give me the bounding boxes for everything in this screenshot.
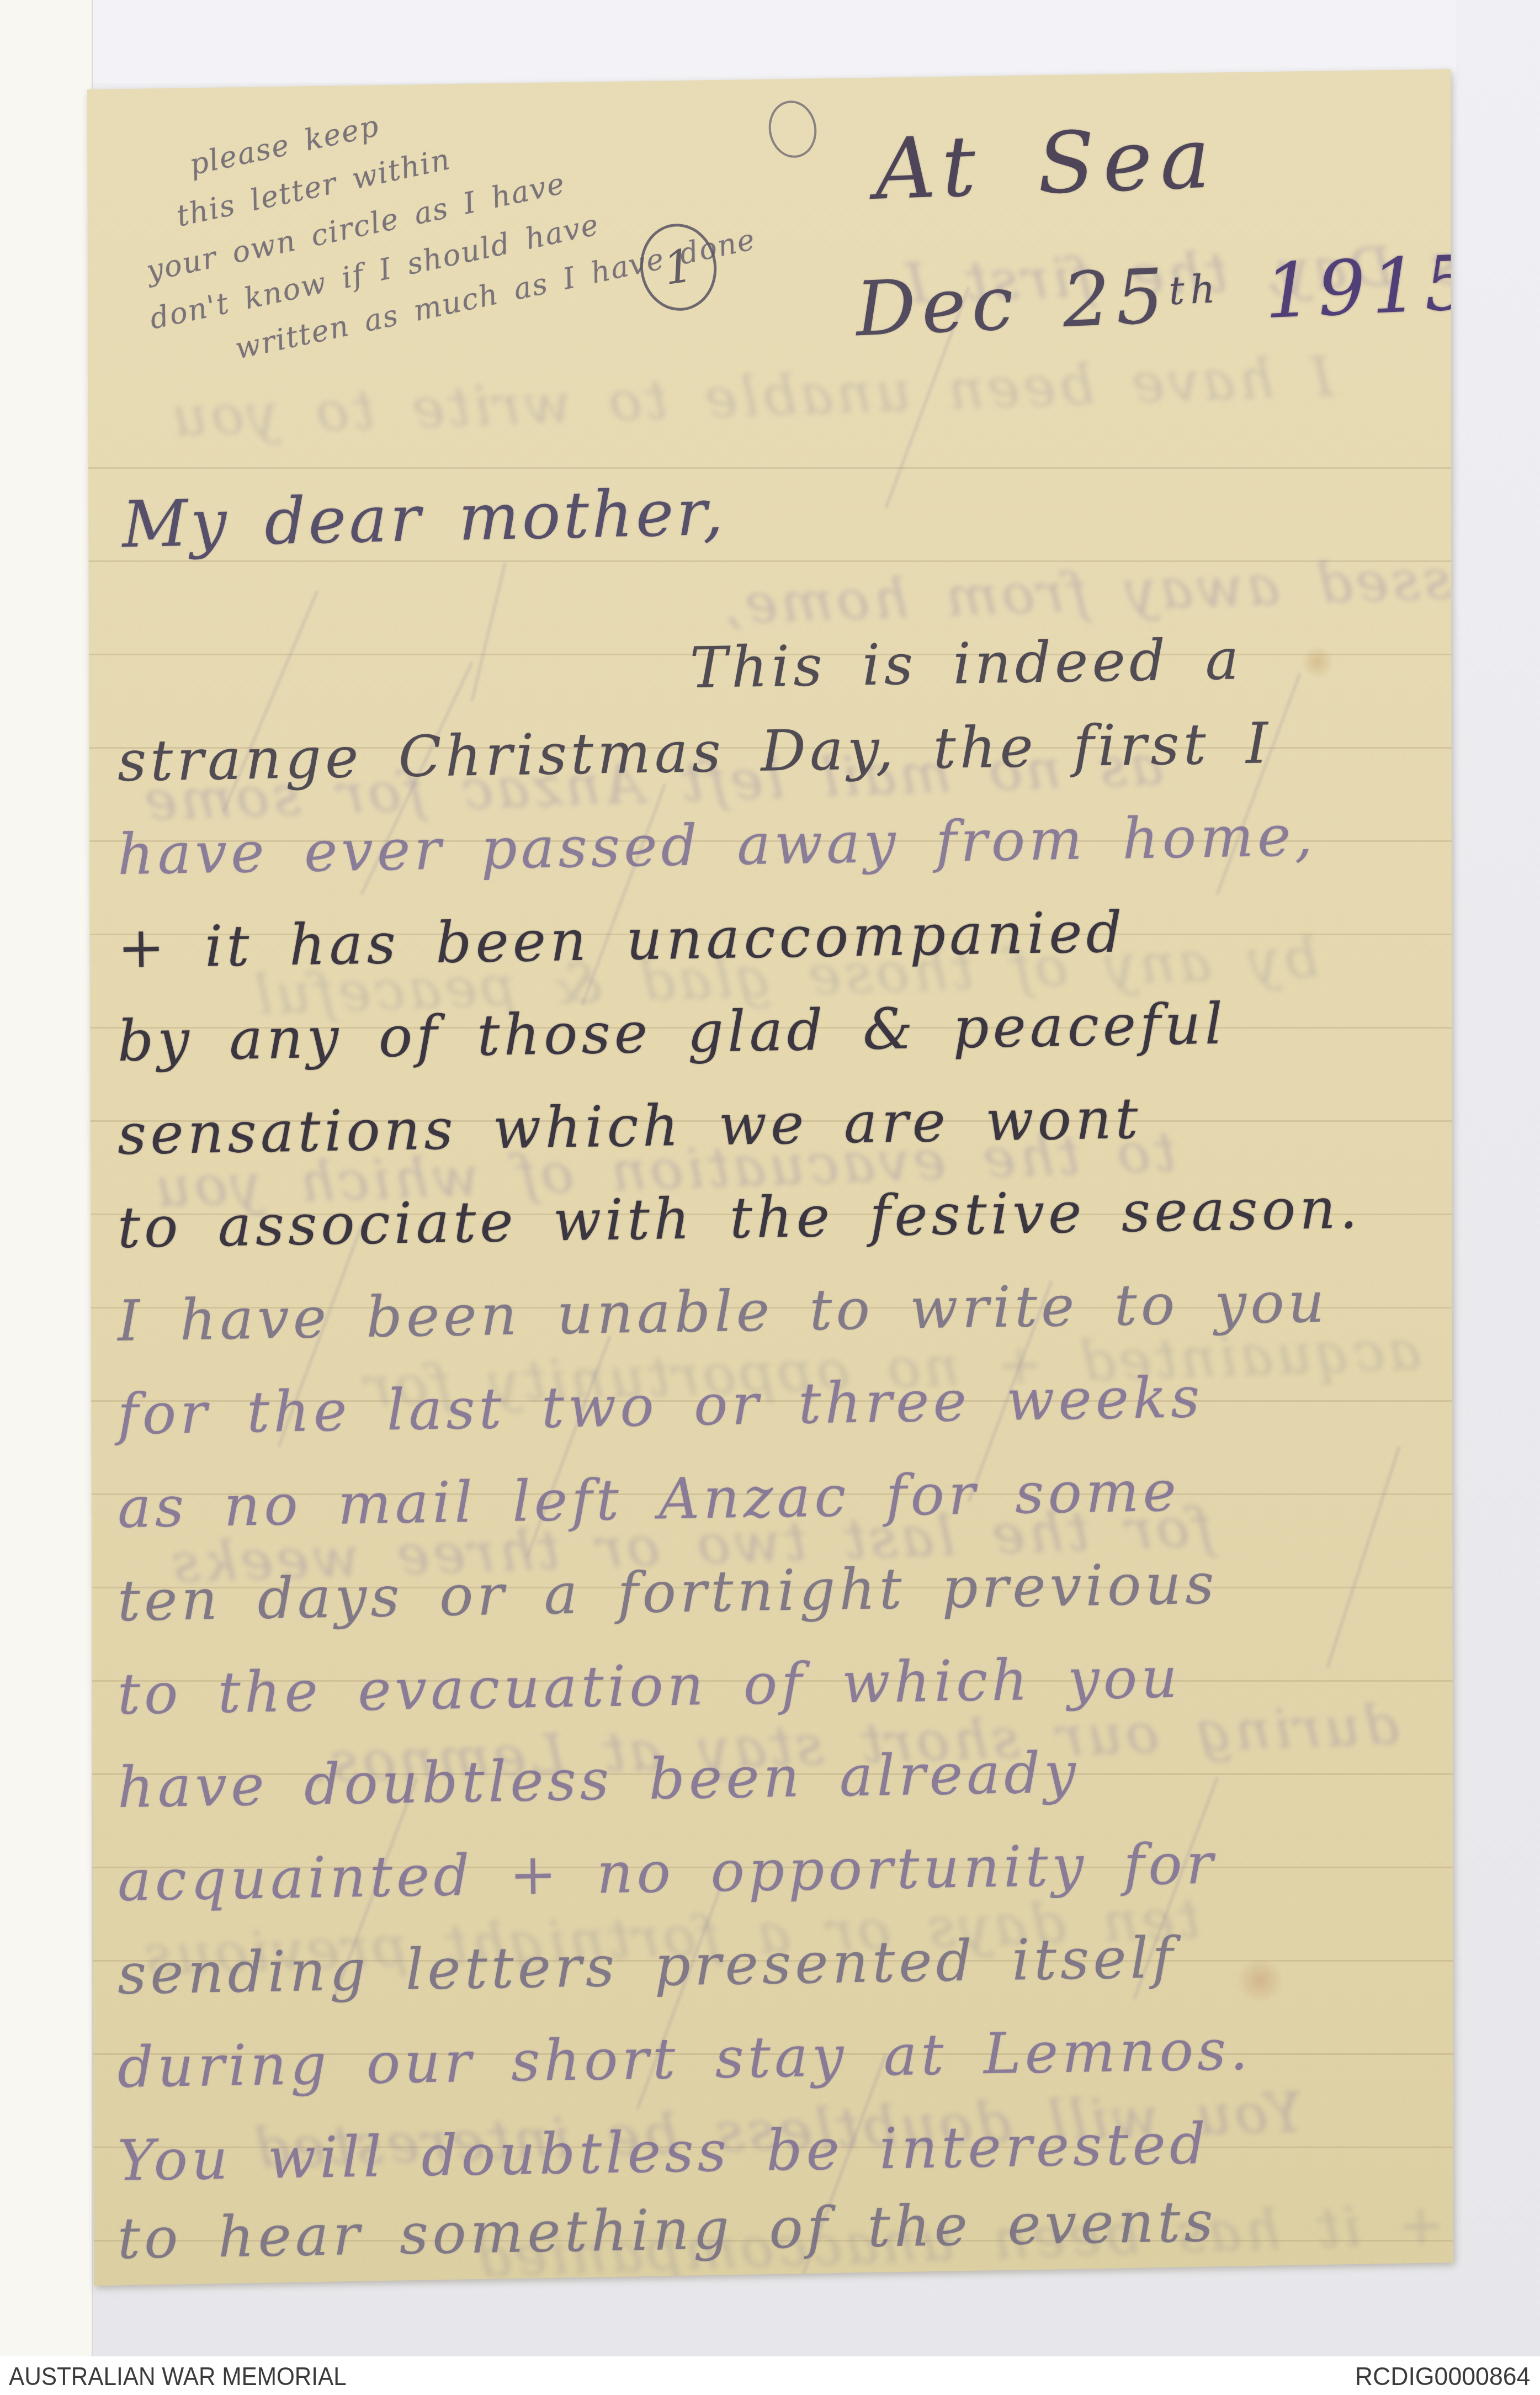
date-year: 1915 [1263,239,1480,336]
paper-stain [1300,646,1335,678]
footer-bar: AUSTRALIAN WAR MEMORIAL RCDIG0000864 [0,2356,1540,2395]
letter-line: You will doubtless be interested [117,2116,1210,2190]
letter-line: have doubtless been already [117,1745,1080,1816]
letter-paper-wrap: strange Christmas Day, the first I I hav… [86,66,1454,2287]
ink-bleed-ghost: have ever passed away from home, [720,532,1540,637]
letter-line: acquainted + no opportunity for [117,1836,1217,1910]
date-ordinal: th [1168,266,1222,314]
salutation: My dear mother, [121,475,727,563]
letter-line: strange Christmas Day, the first I [117,716,1272,790]
letter-line: have ever passed away from home, [117,808,1316,883]
letter-line: sending letters presented itself [117,1930,1177,2003]
adjacent-page-edge [0,0,93,2356]
letter-line: as no mail left Anzac for some [117,1464,1180,1536]
letter-line: ten days or a fortnight previous [117,1556,1218,1630]
ink-bleed-ghost: I have been unable to write to you [168,344,1335,449]
letter-line: by any of those glad & peaceful [117,996,1227,1070]
letter-paper: strange Christmas Day, the first I I hav… [86,66,1454,2287]
small-circle-mark [764,97,821,161]
paper-stain [1234,1960,1287,2001]
footer-institution: AUSTRALIAN WAR MEMORIAL [9,2361,347,2391]
margin-note: please keep this letter within your own … [116,31,760,389]
letter-line: to the evacuation of which you [117,1650,1181,1723]
letter-line: sensations which we are wont [117,1091,1142,1163]
footer-reference-id: RCDIG0000864 [1355,2361,1530,2391]
date-day: Dec 25 [854,253,1171,354]
place-heading: At Sea [873,109,1219,219]
letter-line: to hear something of the events [117,2194,1217,2267]
letter-line: during our short stay at Lemnos. [117,2022,1252,2096]
letter-line: + it has been unaccompanied [117,904,1126,977]
letter-line: This is indeed a [689,632,1243,697]
letter-line: for the last two or three weeks [117,1370,1204,1443]
scan-background: strange Christmas Day, the first I I hav… [0,0,1540,2395]
letter-line: to associate with the festive season. [117,1181,1362,1257]
page-number: 1 [661,239,697,295]
